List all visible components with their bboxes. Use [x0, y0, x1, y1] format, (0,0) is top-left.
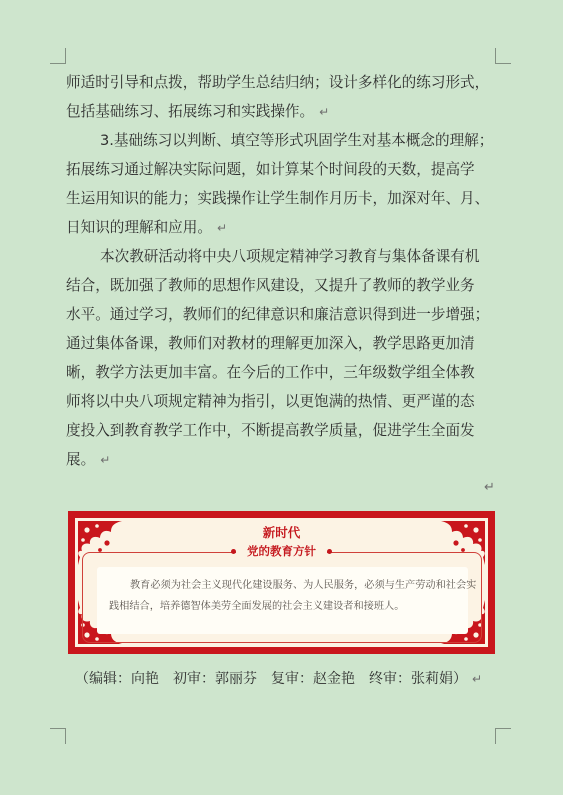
- body-text: 生运用知识的能力；实践操作让学生制作月历卡，加深对年、月、: [66, 190, 489, 207]
- body-text: 拓展练习通过解决实际问题，如计算某个时间段的天数，提高学: [66, 161, 475, 178]
- crop-mark-top-right-icon: [495, 48, 511, 64]
- body-text: 日知识的理解和应用。: [66, 219, 212, 236]
- body-text: 晰，教学方法更加丰富。在今后的工作中，三年级数学组全体教: [66, 364, 475, 381]
- credits-line[interactable]: （编辑：向艳 初审：郭丽芬 复审：赵金艳 终审：张莉娟）↵: [66, 665, 515, 694]
- crop-mark-top-left-icon: [50, 48, 66, 64]
- body-text-line[interactable]: 结合，既加强了教师的思想作风建设，又提升了教师的教学业务: [66, 271, 506, 300]
- title-dot-right-icon: [327, 549, 332, 554]
- paragraph-mark-icon: ↵: [472, 672, 482, 686]
- body-text-line[interactable]: 通过集体备课，教师们对教材的理解更加深入，教学思路更加清: [66, 329, 506, 358]
- paragraph-mark-icon: ↵: [100, 453, 110, 467]
- body-text-line[interactable]: 3.基础练习以判断、填空等形式巩固学生对基本概念的理解；: [66, 126, 506, 155]
- body-text: 本次教研活动将中央八项规定精神学习教育与集体备课有机: [100, 248, 479, 265]
- body-text-line[interactable]: 晰，教学方法更加丰富。在今后的工作中，三年级数学组全体教: [66, 358, 506, 387]
- body-text-line[interactable]: 度投入到教育教学工作中，不断提高教学质量，促进学生全面发: [66, 416, 506, 445]
- body-text: 结合，既加强了教师的思想作风建设，又提升了教师的教学业务: [66, 277, 475, 294]
- crop-mark-bottom-right-icon: [495, 728, 511, 744]
- paragraph-mark-icon: ↵: [217, 221, 227, 235]
- banner-title-line1: 新时代: [75, 526, 488, 540]
- body-text-line[interactable]: 师适时引导和点拨，帮助学生总结归纳；设计多样化的练习形式，: [66, 68, 506, 97]
- credits-text: （编辑：向艳 初审：郭丽芬 复审：赵金艳 终审：张莉娟）: [75, 671, 467, 687]
- banner-motto-text: 教育必须为社会主义现代化建设服务、为人民服务，必须与生产劳动和社会实 践相结合，…: [97, 567, 468, 617]
- body-text: 通过集体备课，教师们对教材的理解更加深入，教学思路更加清: [66, 335, 475, 352]
- body-text: 水平。通过学习，教师们的纪律意识和廉洁意识得到进一步增强；: [66, 306, 489, 323]
- banner-background: 新时代 党的教育方针 教育必须为社会主义现代化建设服务、为人民服务，必须与生产劳…: [75, 518, 488, 647]
- body-text: 包括基础练习、拓展练习和实践操作。: [66, 103, 314, 120]
- paragraph-mark-icon: ↵: [484, 480, 495, 495]
- crop-mark-bottom-left-icon: [50, 728, 66, 744]
- body-text: 师适时引导和点拨，帮助学生总结归纳；设计多样化的练习形式，: [66, 74, 489, 91]
- paragraph-mark-icon: ↵: [319, 105, 329, 119]
- body-text-line[interactable]: 展。↵: [66, 445, 506, 474]
- body-text-line[interactable]: 水平。通过学习，教师们的纪律意识和廉洁意识得到进一步增强；: [66, 300, 506, 329]
- motto-line-2: 践相结合，培养德智体美劳全面发展的社会主义建设者和接班人。: [109, 596, 456, 617]
- body-text: 3.基础练习以判断、填空等形式巩固学生对基本概念的理解；: [100, 132, 493, 149]
- body-text-line[interactable]: 日知识的理解和应用。↵: [66, 213, 506, 242]
- body-text-line[interactable]: 包括基础练习、拓展练习和实践操作。↵: [66, 97, 506, 126]
- banner-image[interactable]: 新时代 党的教育方针 教育必须为社会主义现代化建设服务、为人民服务，必须与生产劳…: [68, 511, 495, 654]
- body-text-line[interactable]: 本次教研活动将中央八项规定精神学习教育与集体备课有机: [66, 242, 506, 271]
- body-text-line[interactable]: 生运用知识的能力；实践操作让学生制作月历卡，加深对年、月、: [66, 184, 506, 213]
- banner-motto-box: 教育必须为社会主义现代化建设服务、为人民服务，必须与生产劳动和社会实 践相结合，…: [97, 567, 468, 634]
- body-text-line[interactable]: 拓展练习通过解决实际问题，如计算某个时间段的天数，提高学: [66, 155, 506, 184]
- body-text-line[interactable]: 师将以中央八项规定精神为指引，以更饱满的热情、更严谨的态: [66, 387, 506, 416]
- body-text: 师将以中央八项规定精神为指引，以更饱满的热情、更严谨的态: [66, 393, 475, 410]
- body-text: 展。: [66, 451, 95, 468]
- banner-title-row: 党的教育方针: [75, 544, 488, 559]
- motto-line-1: 教育必须为社会主义现代化建设服务、为人民服务，必须与生产劳动和社会实: [109, 575, 456, 596]
- banner-title-line2: 党的教育方针: [236, 544, 327, 559]
- document-page: 师适时引导和点拨，帮助学生总结归纳；设计多样化的练习形式，包括基础练习、拓展练习…: [0, 0, 563, 795]
- body-text: 度投入到教育教学工作中，不断提高教学质量，促进学生全面发: [66, 422, 475, 439]
- document-text-area[interactable]: 师适时引导和点拨，帮助学生总结归纳；设计多样化的练习形式，包括基础练习、拓展练习…: [66, 68, 506, 474]
